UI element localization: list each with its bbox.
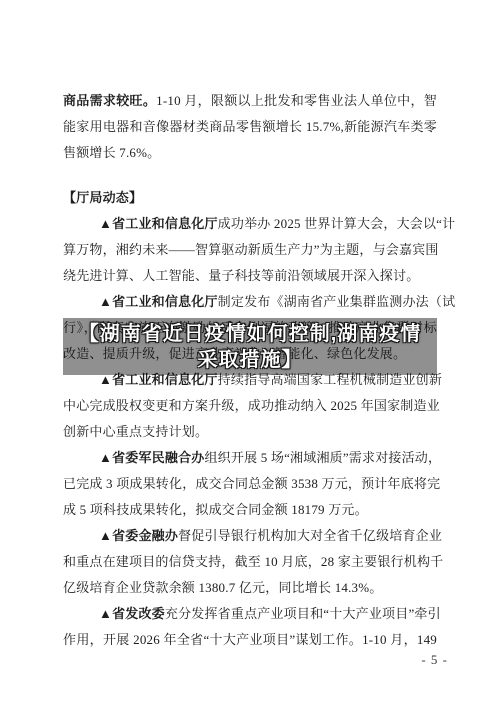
bold-lead-text: ▲省工业和信息化厅	[99, 216, 218, 231]
scanned-document-page: { "page": { "background": "#ffffff", "te…	[0, 0, 500, 707]
line-text: 督促引导银行机构加大对全省千亿级培育企业	[178, 528, 442, 543]
page-number: - 5 -	[421, 652, 448, 668]
bold-lead-text: ▲省委军民融合办	[99, 450, 204, 465]
text-line: 中心完成股权变更和方案升级，成功推动纳入 2025 年国家制造业	[63, 393, 437, 419]
line-text: 算万物，湘约未来——智算驱动新质生产力”为主题，与会嘉宾围	[63, 242, 439, 257]
line-text: 中心完成股权变更和方案升级，成功推动纳入 2025 年国家制造业	[63, 398, 440, 413]
text-line: 作用，开展 2026 年全省“十大产业项目”谋划工作。1-10 月，149	[63, 627, 437, 653]
line-text: 售额增长 7.6%。	[63, 145, 160, 160]
bold-lead-text: ▲省发改委	[99, 606, 165, 621]
text-line: ▲省发改委充分发挥省重点产业项目和“十大产业项目”牵引	[63, 601, 437, 627]
watermark-text-line1: 【湖南省近日疫情如何控制,湖南疫情	[63, 321, 437, 347]
bold-lead-text: ▲省委金融办	[99, 528, 178, 543]
text-line: ▲省工业和信息化厅成功举办 2025 世界计算大会，大会以“计	[63, 211, 437, 237]
line-text: 能家用电器和音像器材类商品零售额增长 15.7%,新能源汽车类零	[63, 119, 437, 134]
line-text: 成 5 项科技成果转化，拟成交合同金额 18179 万元。	[63, 502, 368, 517]
line-text: 作用，开展 2026 年全省“十大产业项目”谋划工作。1-10 月，149	[63, 632, 437, 647]
section-heading: 【厅局动态】	[63, 185, 437, 211]
line-text: 组织开展 5 场“湘域湘质”需求对接活动，	[204, 450, 441, 465]
line-text: 成功举办 2025 世界计算大会，大会以“计	[218, 216, 456, 231]
line-text: 1-10 月，限额以上批发和零售业法人单位中，智	[156, 93, 437, 108]
text-line: 和重点在建项目的信贷支持，截至 10 月底，28 家主要银行机构千	[63, 549, 437, 575]
line-text: 创新中心重点支持计划。	[63, 424, 208, 439]
text-line: 创新中心重点支持计划。	[63, 419, 437, 445]
text-line: ▲省委金融办督促引导银行机构加大对全省千亿级培育企业	[63, 523, 437, 549]
text-line: 售额增长 7.6%。	[63, 140, 437, 166]
text-line: 亿级培育企业贷款余额 1380.7 亿元，同比增长 14.3%。	[63, 575, 437, 601]
text-line: 能家用电器和音像器材类商品零售额增长 15.7%,新能源汽车类零	[63, 114, 437, 140]
line-text: 绕先进计算、人工智能、量子科技等前沿领域展开深入探讨。	[63, 268, 419, 283]
line-text: 和重点在建项目的信贷支持，截至 10 月底，28 家主要银行机构千	[63, 554, 443, 569]
text-line: ▲省工业和信息化厅制定发布《湖南省产业集群监测办法（试	[63, 289, 437, 315]
text-line: 绕先进计算、人工智能、量子科技等前沿领域展开深入探讨。	[63, 263, 437, 289]
line-text: 充分发挥省重点产业项目和“十大产业项目”牵引	[165, 606, 441, 621]
line-text: 已完成 3 项成果转化，成交合同总金额 3538 万元，预计年底将完	[63, 476, 440, 491]
text-line: 成 5 项科技成果转化，拟成交合同金额 18179 万元。	[63, 497, 437, 523]
text-line: 算万物，湘约未来——智算驱动新质生产力”为主题，与会嘉宾围	[63, 237, 437, 263]
bold-lead-text: ▲省工业和信息化厅	[99, 294, 218, 309]
text-line: 商品需求较旺。1-10 月，限额以上批发和零售业法人单位中，智	[63, 88, 437, 114]
watermark-text-line2: 采取措施】	[63, 347, 437, 373]
text-line: ▲省委军民融合办组织开展 5 场“湘域湘质”需求对接活动，	[63, 445, 437, 471]
watermark-banner: 【湖南省近日疫情如何控制,湖南疫情 采取措施】	[63, 318, 437, 375]
bold-lead-text: 商品需求较旺。	[63, 93, 156, 108]
line-text: 亿级培育企业贷款余额 1380.7 亿元，同比增长 14.3%。	[63, 580, 382, 595]
line-text: 制定发布《湖南省产业集群监测办法（试	[218, 294, 456, 309]
text-line: 已完成 3 项成果转化，成交合同总金额 3538 万元，预计年底将完	[63, 471, 437, 497]
